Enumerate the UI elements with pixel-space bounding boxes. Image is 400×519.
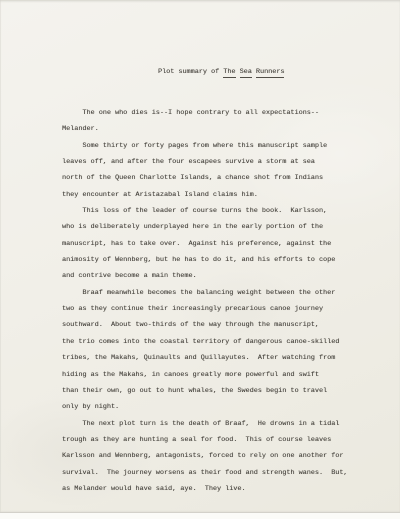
text-line: trough as they are hunting a seal for fo… [62, 432, 362, 448]
text-line: Braaf meanwhile becomes the balancing we… [62, 285, 362, 301]
book-title-word-2: Sea [240, 68, 252, 78]
text-line: hiding as the Makahs, in canoes greatly … [62, 367, 362, 383]
text-line: two as they continue their increasingly … [62, 301, 362, 317]
text-line: The one who dies is--I hope contrary to … [62, 105, 362, 121]
text-line: The next plot turn is the death of Braaf… [62, 416, 362, 432]
document-body: The one who dies is--I hope contrary to … [62, 105, 362, 497]
text-line: Some thirty or forty pages from where th… [62, 138, 362, 154]
text-line: leaves off, and after the four escapees … [62, 154, 362, 170]
text-line: and contrive become a main theme. [62, 268, 362, 284]
text-line: survival. The journey worsens as their f… [62, 465, 362, 481]
book-title-word-3: Runners [256, 68, 285, 78]
text-line: southward. About two-thirds of the way t… [62, 317, 362, 333]
text-line: north of the Queen Charlotte Islands, a … [62, 170, 362, 186]
text-line: Melander. [62, 121, 362, 137]
book-title-word-1: The [223, 68, 235, 78]
text-line: only by night. [62, 399, 362, 415]
document-title: Plot summary ofTheSeaRunners [158, 64, 284, 80]
text-line: the trio comes into the coastal territor… [62, 334, 362, 350]
text-line: tribes, the Makahs, Quinaults and Quilla… [62, 350, 362, 366]
text-line: than their own, go out to hunt whales, t… [62, 383, 362, 399]
page-bottom-edge [0, 512, 400, 519]
text-line: they encounter at Aristazabal Island cla… [62, 187, 362, 203]
text-line: animosity of Wennberg, but he has to do … [62, 252, 362, 268]
title-prefix: Plot summary of [158, 68, 219, 76]
text-line: This loss of the leader of course turns … [62, 203, 362, 219]
text-line: Karlsson and Wennberg, antagonists, forc… [62, 448, 362, 464]
text-line: as Melander would have said, aye. They l… [62, 481, 362, 497]
text-line: manuscript, has to take over. Against hi… [62, 236, 362, 252]
text-line: who is deliberately underplayed here in … [62, 219, 362, 235]
